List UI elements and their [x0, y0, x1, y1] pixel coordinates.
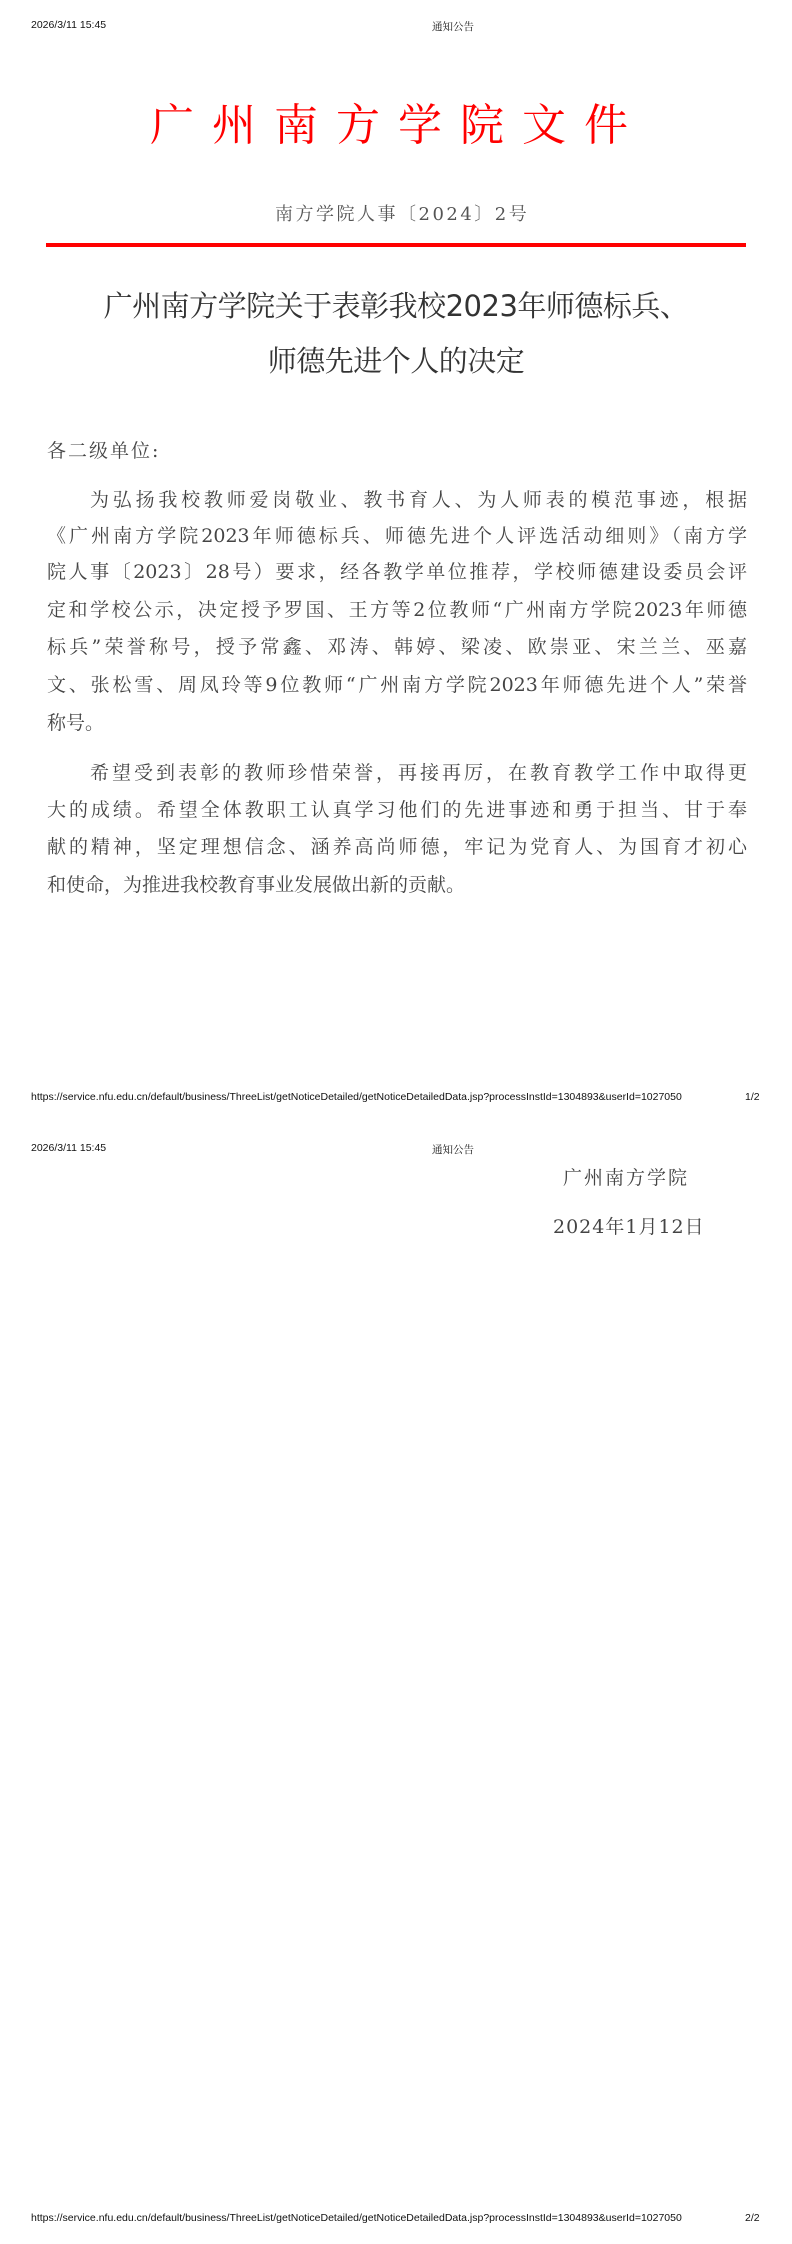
print-header-title: 通知公告: [432, 1142, 474, 1157]
paragraph-line: 定和学校公示，决定授予罗国、王方等2位教师“广州南方学院2023年师德: [47, 597, 747, 623]
paragraph-line: 希望受到表彰的教师珍惜荣誉，再接再厉，在教育教学工作中取得更: [90, 760, 747, 786]
paragraph-line: 标兵”荣誉称号，授予常鑫、邓涛、韩婷、梁凌、欧崇亚、宋兰兰、巫嘉: [47, 634, 747, 660]
document-title-line-1: 广州南方学院关于表彰我校2023年师德标兵、: [0, 288, 792, 324]
paragraph-line: 文、张松雪、周凤玲等9位教师“广州南方学院2023年师德先进个人”荣誉: [47, 672, 747, 698]
paragraph-line: 大的成绩。希望全体教职工认真学习他们的先进事迹和勇于担当、甘于奉: [47, 797, 747, 823]
print-footer-page: 2/2: [745, 2212, 760, 2224]
salutation: 各二级单位:: [47, 438, 160, 464]
paragraph-line: 献的精神，坚定理想信念、涵养高尚师德，牢记为党育人、为国育才初心: [47, 834, 747, 860]
paragraph-line: 和使命，为推进我校教育事业发展做出新的贡献。: [47, 872, 747, 898]
document-number: 南方学院人事〔2024〕2号: [275, 203, 529, 227]
signature-date: 2024年1月12日: [553, 1214, 705, 1240]
print-header-datetime: 2026/3/11 15:45: [31, 1142, 106, 1154]
paragraph-line: 院人事〔2023〕28号）要求，经各教学单位推荐，学校师德建设委员会评: [47, 559, 747, 585]
document-title-line-2: 师德先进个人的决定: [0, 343, 792, 379]
print-footer-page: 1/2: [745, 1091, 760, 1103]
print-footer-url: https://service.nfu.edu.cn/default/busin…: [31, 1091, 682, 1103]
letterhead-divider: [46, 243, 746, 247]
signature-organization: 广州南方学院: [563, 1165, 689, 1191]
paragraph-line: 《广州南方学院2023年师德标兵、师德先进个人评选活动细则》（南方学: [47, 523, 747, 549]
print-header-datetime: 2026/3/11 15:45: [31, 19, 106, 31]
paragraph-line: 称号。: [47, 710, 747, 736]
letterhead-title: 广州南方学院文件: [150, 100, 646, 152]
print-footer-url: https://service.nfu.edu.cn/default/busin…: [31, 2212, 682, 2224]
paragraph-line: 为弘扬我校教师爱岗敬业、教书育人、为人师表的模范事迹，根据: [90, 487, 747, 513]
print-header-title: 通知公告: [432, 19, 474, 34]
